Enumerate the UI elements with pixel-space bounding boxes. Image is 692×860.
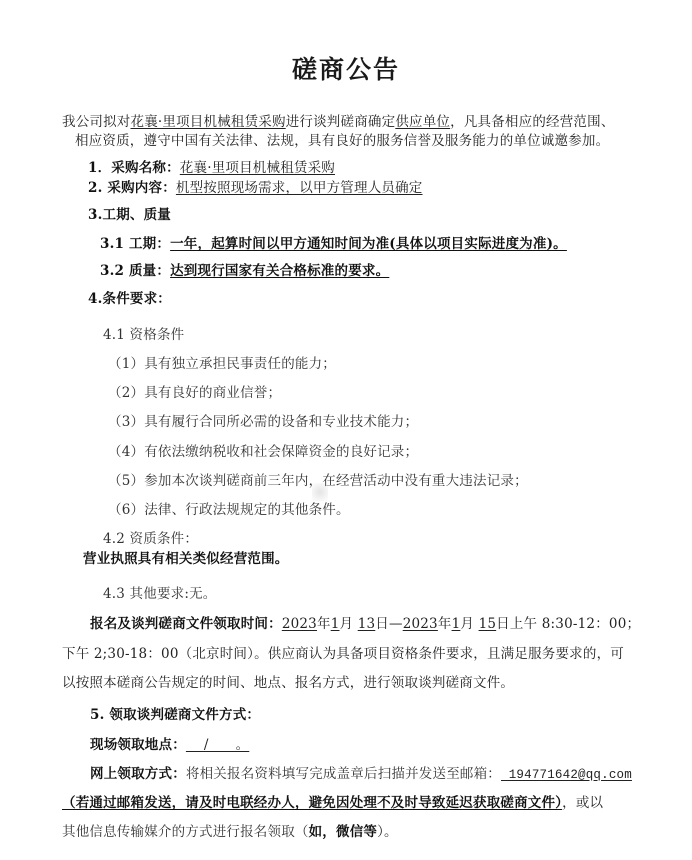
registration-line-2: 下午 2;30-18：00（北京时间）。供应商认为具备项目资格条件要求，且满足服… <box>62 645 624 663</box>
section-3-1-value: 一年，起算时间以甲方通知时间为准(具体以项目实际进度为准)。 <box>170 236 567 252</box>
section-5-heading: 5. 领取谈判磋商文件方式： <box>90 706 260 724</box>
section-1: 1．采购名称：花襄·里项目机械租赁采购 <box>88 159 335 177</box>
qualification-item: （3）具有履行合同所必需的设备和专业技术能力； <box>108 413 418 431</box>
page-title: 磋商公告 <box>0 50 692 86</box>
supplier-unit: 供应单位 <box>395 114 450 130</box>
section-4-heading: 4.条件要求： <box>88 290 171 308</box>
section-3-2: 3.2 质量：达到现行国家有关合格标准的要求。 <box>100 262 389 280</box>
other-media-text: 其他信息传输媒介的方式进行报名领取（ <box>62 824 309 840</box>
qualification-item: （4）有依法缴纳税收和社会保障资金的良好记录； <box>108 443 418 461</box>
online-label: 网上领取方式： <box>90 766 186 782</box>
day-dash: 日— <box>375 616 402 632</box>
registration-line-1: 报名及谈判磋商文件领取时间：2023年1月 13日—2023年1月 15日上午 … <box>90 615 640 633</box>
wechat-example: 如，微信等 <box>309 824 378 840</box>
section-2-value: 机型按照现场需求，以甲方管理人员确定 <box>176 180 423 196</box>
project-name: 花襄·里项目机械租赁采购 <box>131 114 286 130</box>
other-media-end: ）。 <box>377 824 398 840</box>
section-3-1: 3.1 工期：一年，起算时间以甲方通知时间为准(具体以项目实际进度为准)。 <box>100 235 567 253</box>
intro-text: 进行谈判磋商确定 <box>286 114 396 130</box>
intro-line-2: 相应资质，遵守中国有关法律、法规，具有良好的服务信誉及服务能力的单位诚邀参加。 <box>75 132 609 150</box>
section-3-2-label: 3.2 质量： <box>100 263 170 279</box>
section-2: 2. 采购内容：机型按照现场需求，以甲方管理人员确定 <box>88 179 423 197</box>
intro-text: ，凡具备相应的经营范围、 <box>450 114 614 130</box>
end-day: 15 <box>479 616 497 632</box>
section-1-label: 1．采购名称： <box>88 160 180 176</box>
start-year: 2023 <box>282 616 317 632</box>
start-day: 13 <box>358 616 376 632</box>
section-3-heading: 3.工期、质量 <box>88 206 171 224</box>
email-note-line: （若通过邮箱发送，请及时电联经办人，避免因处理不及时导致延迟获取磋商文件），或以 <box>62 794 603 812</box>
year-char: 年 <box>438 616 452 632</box>
year-char: 年 <box>317 616 331 632</box>
section-4-1-heading: 4.1 资格条件 <box>103 326 184 344</box>
onsite-pickup: 现场领取地点： / 。 <box>90 736 249 754</box>
end-year: 2023 <box>403 616 438 632</box>
intro-text: 我公司拟对 <box>62 114 131 130</box>
section-4-2-heading: 4.2 资质条件： <box>103 530 198 548</box>
month-char: 月 <box>460 616 474 632</box>
email-address: 194771642@qq.com <box>501 768 632 782</box>
qualification-item: （2）具有良好的商业信誉； <box>108 384 281 402</box>
online-text: 将相关报名资料填写完成盖章后扫描并发送至邮箱： <box>186 766 501 782</box>
online-pickup: 网上领取方式：将相关报名资料填写完成盖章后扫描并发送至邮箱： 194771642… <box>90 765 632 784</box>
email-note: （若通过邮箱发送，请及时电联经办人，避免因处理不及时导致延迟获取磋商文件） <box>62 795 562 811</box>
qualification-item: （6）法律、行政法规规定的其他条件。 <box>108 501 350 519</box>
section-4-3: 4.3 其他要求:无。 <box>103 585 217 603</box>
registration-line-3: 以按照本磋商公告规定的时间、地点、报名方式，进行领取谈判磋商文件。 <box>62 674 514 692</box>
month-char: 月 <box>339 616 353 632</box>
section-1-value: 花襄·里项目机械租赁采购 <box>180 160 335 176</box>
onsite-value: / 。 <box>186 737 249 753</box>
section-3-1-label: 3.1 工期： <box>100 236 170 252</box>
onsite-label: 现场领取地点： <box>90 737 186 753</box>
intro-line-1: 我公司拟对花襄·里项目机械租赁采购进行谈判磋商确定供应单位，凡具备相应的经营范围… <box>62 113 615 131</box>
section-4-2-value: 营业执照具有相关类似经营范围。 <box>83 550 289 568</box>
note-post: ，或以 <box>562 795 603 811</box>
other-media-line: 其他信息传输媒介的方式进行报名领取（如，微信等）。 <box>62 823 398 841</box>
section-2-label: 2. 采购内容： <box>88 180 176 196</box>
section-3-2-value: 达到现行国家有关合格标准的要求。 <box>170 263 389 279</box>
am-time: 日上午 8:30-12：00； <box>496 616 640 632</box>
qualification-item: （1）具有独立承担民事责任的能力； <box>108 355 336 373</box>
scan-smudge <box>312 483 328 501</box>
registration-label: 报名及谈判磋商文件领取时间： <box>90 616 282 632</box>
